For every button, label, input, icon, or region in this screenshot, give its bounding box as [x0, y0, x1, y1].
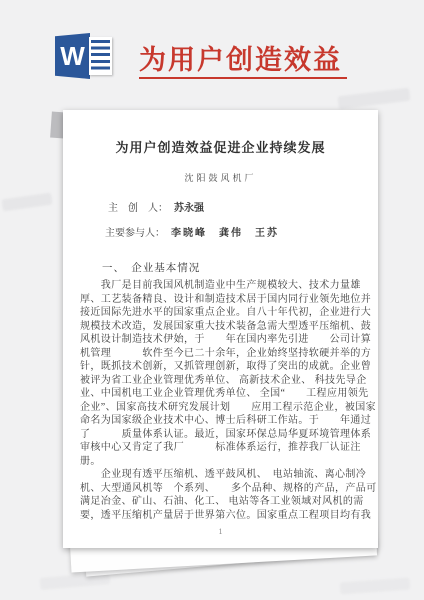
doc-text-line: 企业”、国家高技术研究发展计划 应用工程示范企业，被国家	[80, 401, 363, 415]
doc-text-line: 册。	[80, 455, 363, 469]
page-number: 1	[63, 527, 378, 536]
doc-text-line: 审核中心又肯定了我厂 标准体系运行，推荐我厂认证注	[80, 441, 363, 455]
doc-text-line: 了 质量体系认证。最近，国家环保总局华夏环境管理体系	[80, 428, 363, 442]
doc-text-line: 企业现有透平压缩机、透平鼓风机、 电站轴流、离心制冷	[80, 468, 363, 482]
doc-text-line: 满足冶金、矿山、石油、化工、 电站等各工业领域对风机的需	[80, 495, 363, 509]
participants-label: 主要参与人：	[105, 228, 165, 239]
doc-organization: 沈阳鼓风机厂	[63, 171, 378, 184]
doc-title: 为用户创造效益促进企业持续发展	[63, 137, 378, 156]
doc-text-line: 接近国际先进水平的国家重点企业。自八十年代初，企业进行大	[80, 306, 363, 320]
doc-text-line: 针，既抓技术创新，又抓管理创新，取得了突出的成就。企业曾	[80, 360, 363, 374]
doc-paragraph-2: 企业现有透平压缩机、透平鼓风机、 电站轴流、离心制冷机、大型通风机等 个系列、 …	[80, 468, 363, 522]
page-canvas: W 为用户创造效益 为用户创造效益促进企业持续发展 沈阳鼓风机厂 主 创 人：苏…	[0, 0, 424, 600]
watermark-smudge	[337, 88, 410, 110]
document-preview-page: 为用户创造效益促进企业持续发展 沈阳鼓风机厂 主 创 人：苏永强 主要参与人：李…	[63, 110, 378, 548]
doc-text-line: 厚、工艺装备精良、设计和制造技术居于国内同行业领先地位并	[80, 293, 363, 307]
creator-name: 苏永强	[174, 203, 204, 214]
doc-text-line: 我厂是目前我国风机制造业中生产规模较大、技术力量雄	[80, 279, 363, 293]
doc-text-line: 命名为国家级企业技术中心、博士后科研工作站。于 年通过	[80, 414, 363, 428]
doc-text-line: 业、中国机电工业企业管理优秀单位、 全国“ 工程应用领先	[80, 387, 363, 401]
doc-text-line: 被评为省工业企业管理优秀单位、 高新技术企业、 科技先导企	[80, 374, 363, 388]
doc-text-line: 机、大型通风机等 个系列、 多个品种、规格的产品，产品可	[80, 482, 363, 496]
section-heading: 一、 企业基本情况	[102, 260, 378, 275]
watermark-smudge	[1, 193, 52, 212]
title-underline	[139, 77, 347, 79]
document-title-link[interactable]: 为用户创造效益	[139, 38, 342, 77]
word-file-icon: W	[55, 32, 113, 80]
doc-text-line: 要，透平压缩机产量居于世界第六位。国家重点工程项目均有我	[80, 509, 363, 523]
doc-creator-row: 主 创 人：苏永强	[108, 199, 378, 214]
doc-text-line: 风机设计制造技术伊始，于 年在国内率先引进 公司计算	[80, 333, 363, 347]
watermark-smudge	[340, 578, 411, 595]
participants-names: 李晓峰 龚伟 王苏	[171, 228, 279, 239]
creator-label: 主 创 人：	[108, 203, 168, 214]
doc-participants-row: 主要参与人：李晓峰 龚伟 王苏	[105, 224, 378, 239]
doc-body: 我厂是目前我国风机制造业中生产规模较大、技术力量雄厚、工艺装备精良、设计和制造技…	[80, 279, 363, 522]
doc-text-line: 机管理 软件至今已二十余年，企业始终坚持软硬并举的方	[80, 347, 363, 361]
doc-text-line: 规模技术改造，发展国家重大技术装备急需大型透平压缩机、鼓	[80, 320, 363, 334]
word-document-lines-icon	[91, 40, 110, 72]
word-logo-letter: W	[60, 43, 85, 69]
word-document-glyph	[89, 37, 112, 75]
doc-paragraph-1: 我厂是目前我国风机制造业中生产规模较大、技术力量雄厚、工艺装备精良、设计和制造技…	[80, 279, 363, 468]
word-logo-slab: W	[55, 33, 90, 79]
